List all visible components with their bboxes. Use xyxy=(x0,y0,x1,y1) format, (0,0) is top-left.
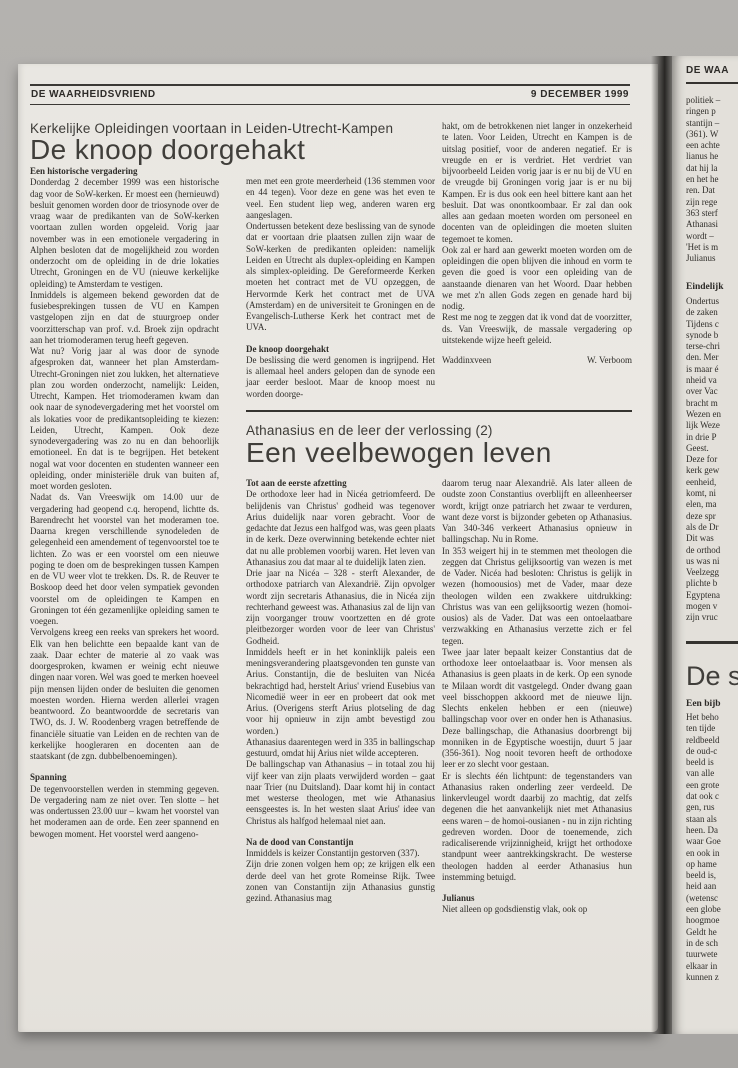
paragraph: Drie jaar na Nicéa – 328 - sterft Alexan… xyxy=(246,568,435,647)
subhead: Spanning xyxy=(30,772,219,783)
paragraph: Vervolgens kreeg een reeks van sprekers … xyxy=(30,627,219,762)
paragraph: Er is slechts één lichtpunt: de tegensta… xyxy=(442,771,632,884)
paragraph: Donderdag 2 december 1999 was een histor… xyxy=(30,177,219,290)
paragraph: Ook zal er hard aan gewerkt moeten worde… xyxy=(442,245,632,313)
paragraph: Inmiddels is keizer Constantijn gestorve… xyxy=(246,848,435,859)
paragraph: De orthodoxe leer had in Nicéa getriomfe… xyxy=(246,489,435,568)
subhead: Julianus xyxy=(442,893,632,904)
masthead-date: 9 DECEMBER 1999 xyxy=(531,89,629,100)
right-page: DE WAA politiek – ringen p stantijn – (3… xyxy=(672,56,738,1034)
paragraph: hakt, om de betrokkenen niet langer in o… xyxy=(442,121,632,245)
paragraph: De beslissing die werd genomen is ingrij… xyxy=(246,355,435,400)
right-column-top: politiek – ringen p stantijn – (361). W … xyxy=(686,95,738,264)
article2-headline: Een veelbewogen leven xyxy=(246,439,552,467)
paragraph: Twee jaar later bepaalt keizer Constanti… xyxy=(442,647,632,771)
article2-kicker: Athanasius en de leer der verlossing (2) xyxy=(246,423,493,438)
scan-background: { "masthead": { "brand": "DE WAARHEIDSVR… xyxy=(0,0,738,1068)
paragraph: Niet alleen op godsdienstig vlak, ook op xyxy=(442,904,632,915)
article-divider xyxy=(246,410,632,412)
signoff-author: W. Verboom xyxy=(587,355,632,366)
right-masthead-brand: DE WAA xyxy=(686,65,729,76)
subhead: De knoop doorgehakt xyxy=(246,344,435,355)
right-section-rule xyxy=(686,641,738,644)
subhead: Tot aan de eerste afzetting xyxy=(246,478,435,489)
right-headline-fragment: De s xyxy=(686,661,738,692)
article1-column-3: hakt, om de betrokkenen niet langer in o… xyxy=(442,121,632,366)
paragraph: Athanasius daarentegen werd in 335 in ba… xyxy=(246,737,435,760)
signoff: Waddinxveen W. Verboom xyxy=(442,355,632,366)
paragraph: Inmiddels is algemeen bekend geworden da… xyxy=(30,290,219,346)
right-masthead-rule xyxy=(686,82,738,84)
masthead: DE WAARHEIDSVRIEND 9 DECEMBER 1999 xyxy=(30,84,630,105)
right-column-bottom: Het beho ten tijde reldbeeld de oud-c be… xyxy=(686,712,738,983)
right-column-mid: Ondertus de zaken Tijdens c synode b ter… xyxy=(686,296,738,624)
article1-column-1: Een historische vergadering Donderdag 2 … xyxy=(30,166,219,840)
paragraph: De ballingschap van Athanasius – in tota… xyxy=(246,759,435,827)
paragraph: Rest me nog te zeggen dat ik vond dat de… xyxy=(442,312,632,346)
signoff-place: Waddinxveen xyxy=(442,355,491,366)
article1-headline: De knoop doorgehakt xyxy=(30,136,305,164)
paragraph: In 353 weigert hij in te stemmen met the… xyxy=(442,546,632,647)
paragraph: Nadat ds. Van Vreeswijk om 14.00 uur de … xyxy=(30,492,219,627)
left-page: DE WAARHEIDSVRIEND 9 DECEMBER 1999 Kerke… xyxy=(18,64,658,1032)
paragraph: men met een grote meerderheid (136 stemm… xyxy=(246,176,435,221)
paragraph: Wat nu? Vorig jaar al was door de synode… xyxy=(30,346,219,492)
article2-column-1: Tot aan de eerste afzetting De orthodoxe… xyxy=(246,478,435,904)
article1-column-2: men met een grote meerderheid (136 stemm… xyxy=(246,176,435,400)
page-gutter xyxy=(651,56,673,1034)
paragraph: Inmiddels heeft er in het koninklijk pal… xyxy=(246,647,435,737)
masthead-brand: DE WAARHEIDSVRIEND xyxy=(31,89,156,100)
paragraph: Zijn drie zonen volgen hem op; ze krijge… xyxy=(246,859,435,904)
paragraph: daarom terug naar Alexandrië. Als later … xyxy=(442,478,632,546)
subhead: Een historische vergadering xyxy=(30,166,219,177)
right-subhead-1: Eindelijk xyxy=(686,282,724,292)
article2-column-2: daarom terug naar Alexandrië. Als later … xyxy=(442,478,632,916)
paragraph: Ondertussen betekent deze beslissing van… xyxy=(246,221,435,334)
right-subhead-2: Een bijb xyxy=(686,699,721,709)
paragraph: De tegenvoorstellen werden in stemming g… xyxy=(30,784,219,840)
subhead: Na de dood van Constantijn xyxy=(246,837,435,848)
